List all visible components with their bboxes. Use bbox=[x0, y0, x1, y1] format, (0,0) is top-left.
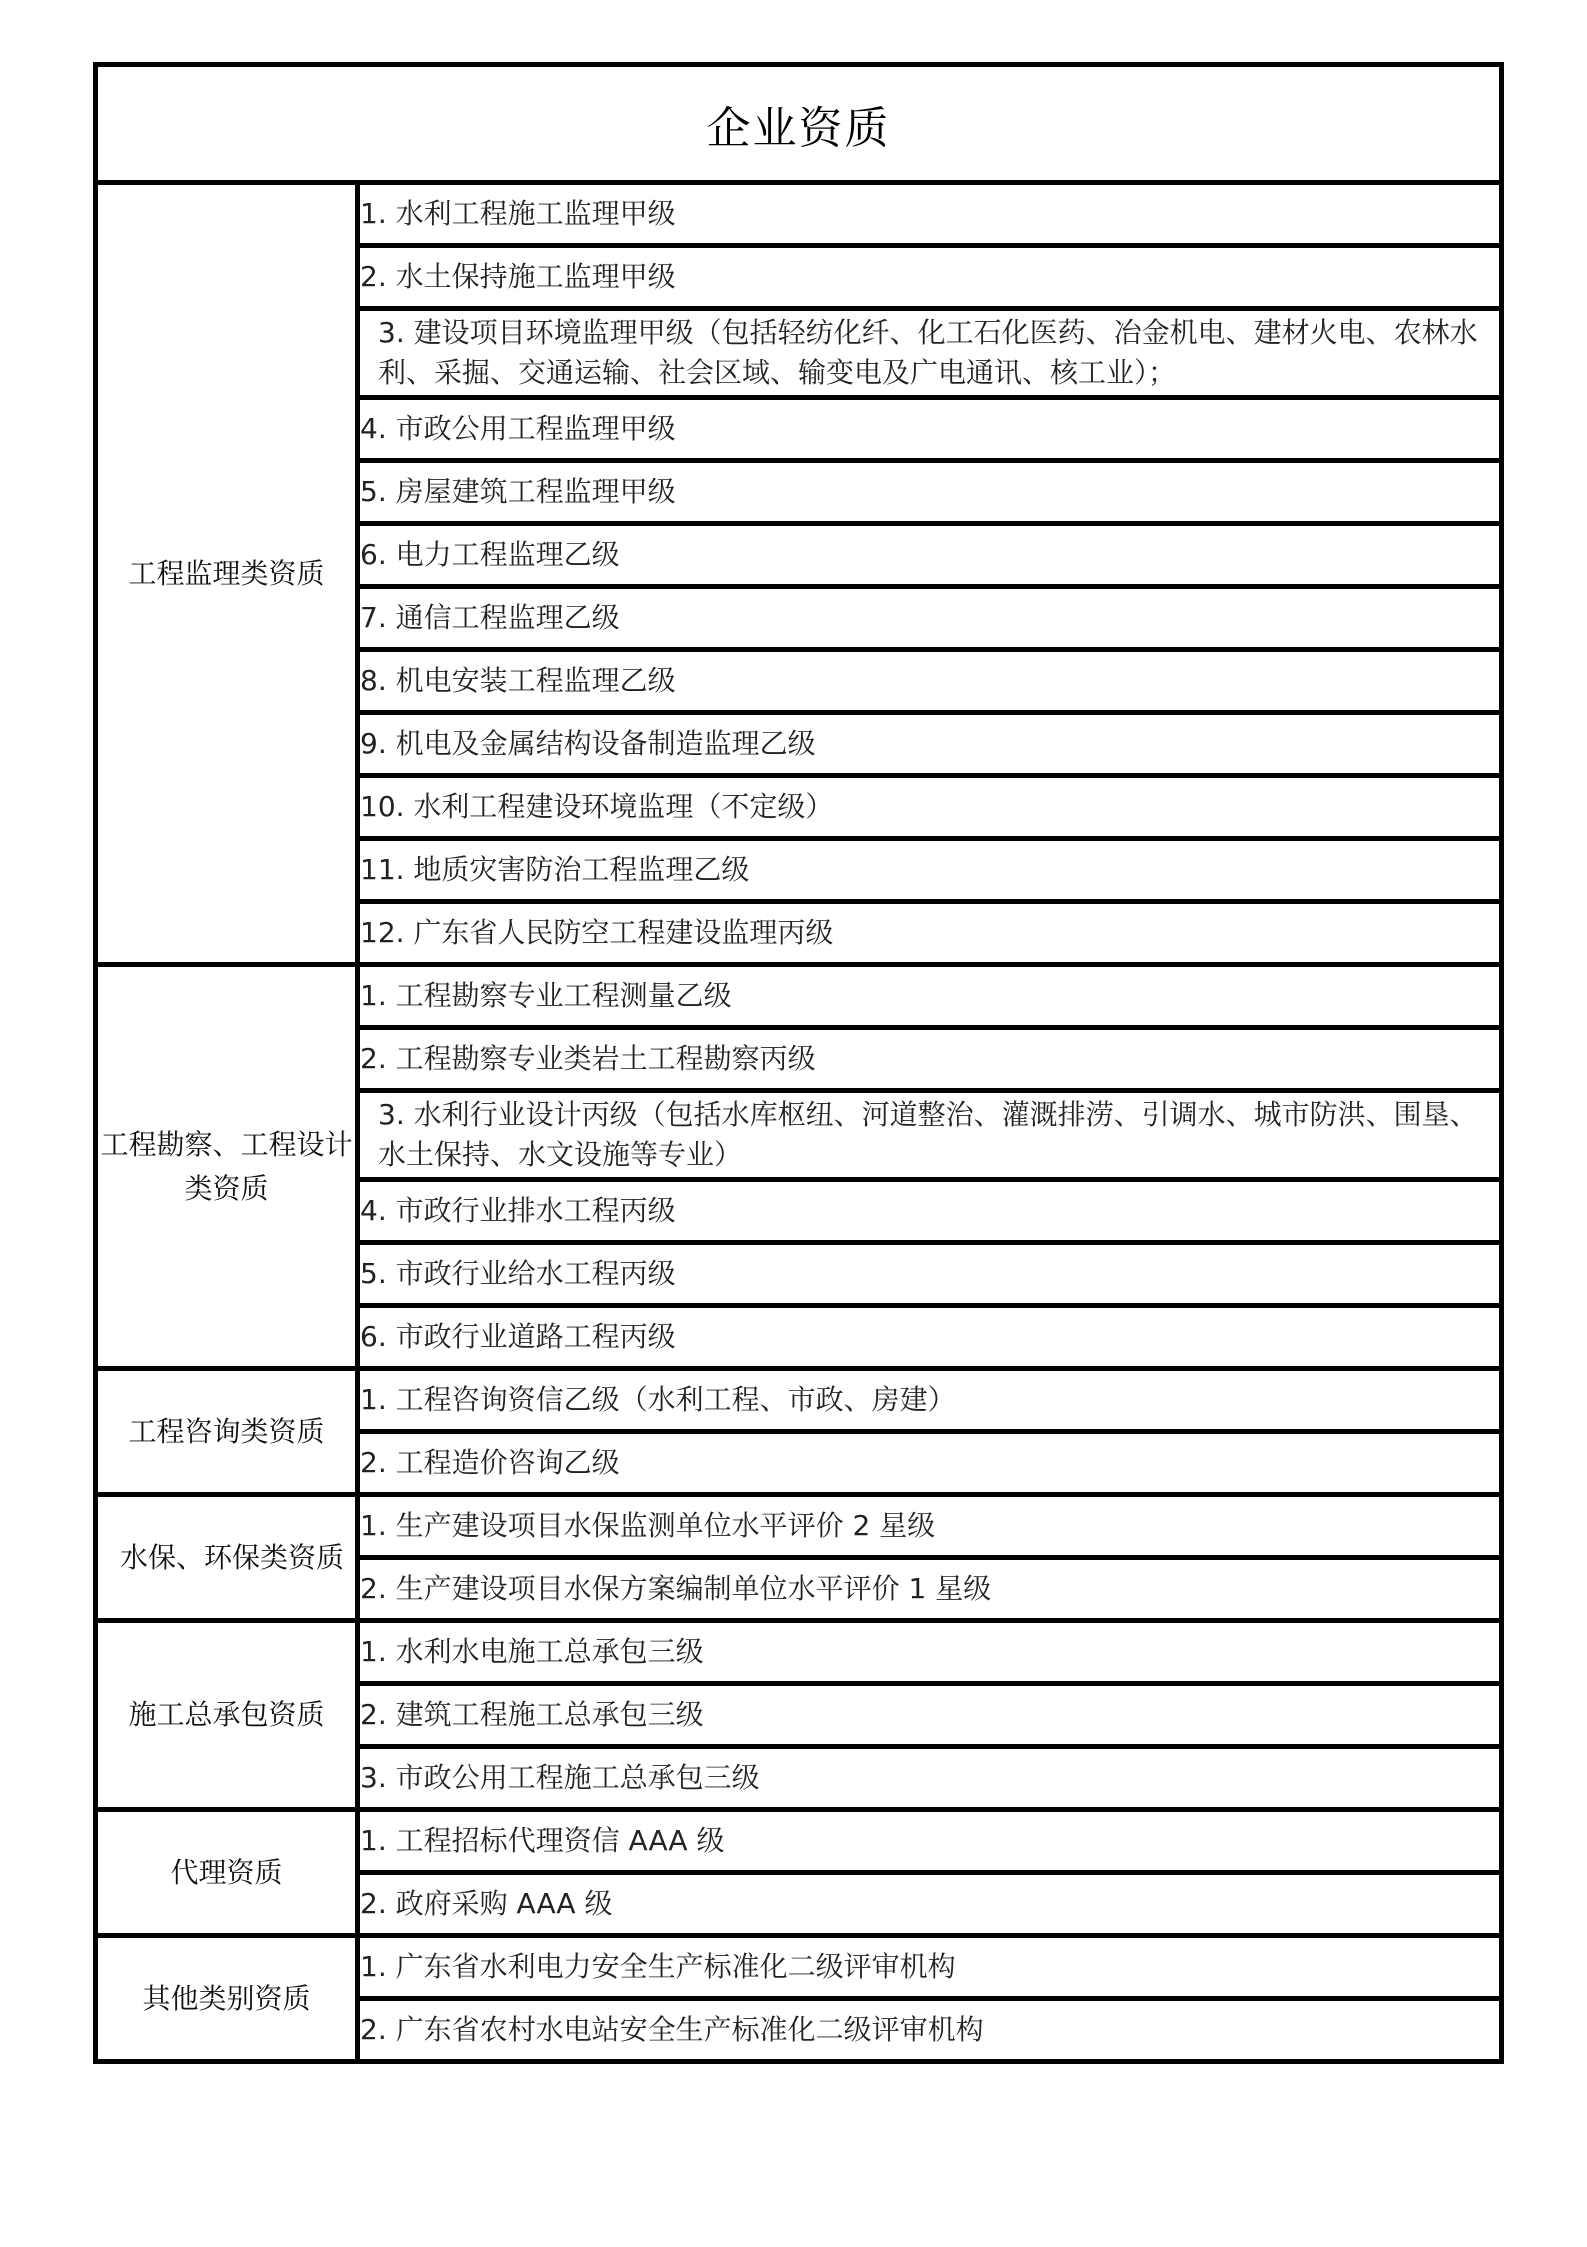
list-item: 12. 广东省人民防空工程建设监理丙级 bbox=[358, 902, 1502, 965]
list-item: 3. 市政公用工程施工总承包三级 bbox=[358, 1747, 1502, 1810]
title-row: 企业资质 bbox=[96, 65, 1502, 183]
table-row: 水保、环保类资质 1. 生产建设项目水保监测单位水平评价 2 星级 bbox=[96, 1495, 1502, 1558]
category-consulting: 工程咨询类资质 bbox=[96, 1369, 358, 1495]
qualifications-table: 企业资质 工程监理类资质 1. 水利工程施工监理甲级 2. 水土保持施工监理甲级… bbox=[93, 62, 1504, 2064]
list-item: 6. 市政行业道路工程丙级 bbox=[358, 1306, 1502, 1369]
list-item: 11. 地质灾害防治工程监理乙级 bbox=[358, 839, 1502, 902]
list-item: 1. 水利水电施工总承包三级 bbox=[358, 1621, 1502, 1684]
list-item: 6. 电力工程监理乙级 bbox=[358, 524, 1502, 587]
list-item: 10. 水利工程建设环境监理（不定级） bbox=[358, 776, 1502, 839]
list-item: 3. 水利行业设计丙级（包括水库枢纽、河道整治、灌溉排涝、引调水、城市防洪、围垦… bbox=[358, 1091, 1502, 1180]
category-survey-design: 工程勘察、工程设计类资质 bbox=[96, 965, 358, 1369]
list-item: 2. 政府采购 AAA 级 bbox=[358, 1873, 1502, 1936]
page-title: 企业资质 bbox=[96, 65, 1502, 183]
list-item: 4. 市政行业排水工程丙级 bbox=[358, 1180, 1502, 1243]
list-item: 8. 机电安装工程监理乙级 bbox=[358, 650, 1502, 713]
list-item: 5. 市政行业给水工程丙级 bbox=[358, 1243, 1502, 1306]
category-general-contracting: 施工总承包资质 bbox=[96, 1621, 358, 1810]
table-row: 工程咨询类资质 1. 工程咨询资信乙级（水利工程、市政、房建） bbox=[96, 1369, 1502, 1432]
table-row: 施工总承包资质 1. 水利水电施工总承包三级 bbox=[96, 1621, 1502, 1684]
list-item: 3. 建设项目环境监理甲级（包括轻纺化纤、化工石化医药、冶金机电、建材火电、农林… bbox=[358, 309, 1502, 398]
list-item: 2. 工程勘察专业类岩土工程勘察丙级 bbox=[358, 1028, 1502, 1091]
list-item: 2. 工程造价咨询乙级 bbox=[358, 1432, 1502, 1495]
list-item: 1. 工程咨询资信乙级（水利工程、市政、房建） bbox=[358, 1369, 1502, 1432]
list-item: 2. 广东省农村水电站安全生产标准化二级评审机构 bbox=[358, 1999, 1502, 2062]
list-item: 5. 房屋建筑工程监理甲级 bbox=[358, 461, 1502, 524]
table-row: 代理资质 1. 工程招标代理资信 AAA 级 bbox=[96, 1810, 1502, 1873]
list-item: 2. 水土保持施工监理甲级 bbox=[358, 246, 1502, 309]
list-item: 1. 工程勘察专业工程测量乙级 bbox=[358, 965, 1502, 1028]
list-item: 1. 广东省水利电力安全生产标准化二级评审机构 bbox=[358, 1936, 1502, 1999]
table-row: 其他类别资质 1. 广东省水利电力安全生产标准化二级评审机构 bbox=[96, 1936, 1502, 1999]
list-item: 1. 生产建设项目水保监测单位水平评价 2 星级 bbox=[358, 1495, 1502, 1558]
list-item: 2. 建筑工程施工总承包三级 bbox=[358, 1684, 1502, 1747]
list-item: 9. 机电及金属结构设备制造监理乙级 bbox=[358, 713, 1502, 776]
list-item: 1. 工程招标代理资信 AAA 级 bbox=[358, 1810, 1502, 1873]
category-agency: 代理资质 bbox=[96, 1810, 358, 1936]
category-other: 其他类别资质 bbox=[96, 1936, 358, 2062]
table-row: 工程监理类资质 1. 水利工程施工监理甲级 bbox=[96, 183, 1502, 246]
category-soil-environment: 水保、环保类资质 bbox=[96, 1495, 358, 1621]
list-item: 4. 市政公用工程监理甲级 bbox=[358, 398, 1502, 461]
list-item: 1. 水利工程施工监理甲级 bbox=[358, 183, 1502, 246]
list-item: 2. 生产建设项目水保方案编制单位水平评价 1 星级 bbox=[358, 1558, 1502, 1621]
table-row: 工程勘察、工程设计类资质 1. 工程勘察专业工程测量乙级 bbox=[96, 965, 1502, 1028]
category-supervision: 工程监理类资质 bbox=[96, 183, 358, 965]
list-item: 7. 通信工程监理乙级 bbox=[358, 587, 1502, 650]
